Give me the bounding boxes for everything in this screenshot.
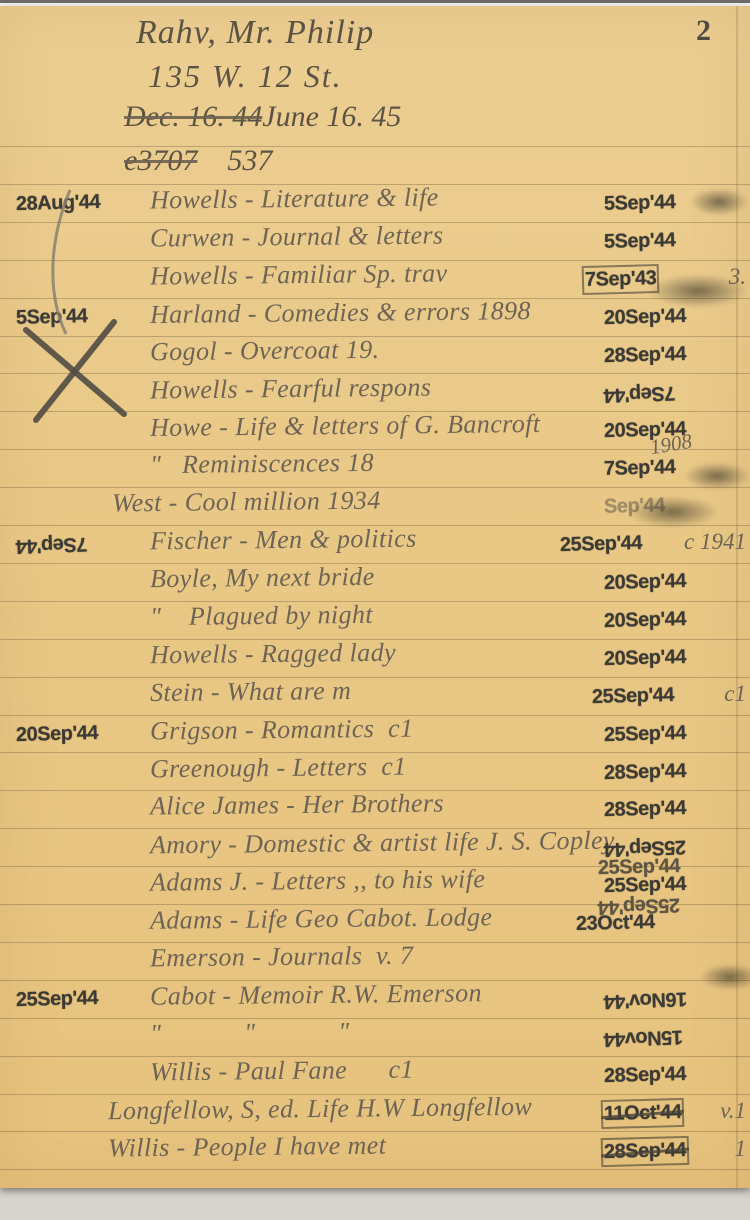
ruled-line <box>0 639 750 640</box>
return-date-stamp: 20Sep'44 <box>604 646 687 671</box>
entry-tail: c 1941 <box>684 529 746 555</box>
entry-tail: v.1 <box>720 1098 746 1124</box>
return-date-stamp: 28Sep'44 <box>604 343 687 368</box>
ruled-line <box>0 184 750 185</box>
ruled-line <box>0 449 750 450</box>
return-date-stamp: 28Sep'44 <box>604 759 687 784</box>
ruled-line <box>0 487 750 488</box>
ruled-line <box>0 904 750 905</box>
ruled-line <box>0 411 750 412</box>
return-date-stamp: 7Sep'44 <box>604 380 676 405</box>
return-date-stamp: 7Sep'43 <box>585 267 657 292</box>
return-date-stamp: 7Sep'44 <box>604 456 676 481</box>
entry-title: Gogol - Overcoat 19. <box>150 334 380 366</box>
ruled-line <box>0 1056 750 1057</box>
entry-title: Cabot - Memoir R.W. Emerson <box>150 978 482 1011</box>
ink-smudge <box>628 496 718 528</box>
return-date-stamp: 25Sep'44 <box>560 532 643 557</box>
left-date-stamp: 7Sep'44 <box>16 532 88 557</box>
ink-smudge <box>648 274 748 308</box>
entry-title: Greenough - Letters c1 <box>150 751 407 784</box>
entry-title: Adams - Life Geo Cabot. Lodge <box>150 902 493 936</box>
ruled-line <box>0 866 750 867</box>
return-date-stamp: 25Sep'44 <box>604 722 687 747</box>
card-numbers: e3707537 <box>124 144 272 178</box>
ruled-line <box>0 146 750 147</box>
entry-title: Harland - Comedies & errors 1898 <box>150 296 531 330</box>
entry-title: Emerson - Journals v. 7 <box>150 941 414 974</box>
old-card-number-struck: e3707 <box>124 144 197 177</box>
entry-title: Howells - Literature & life <box>150 182 439 215</box>
ruled-line <box>0 336 750 337</box>
return-date-stamp: 11Oct'44 <box>604 1101 682 1126</box>
return-date-stamp: 28Sep'44 <box>604 1063 687 1088</box>
ink-smudge <box>684 462 750 490</box>
left-date-stamp: 25Sep'44 <box>16 987 99 1012</box>
ruled-line <box>0 373 750 374</box>
entry-tail: c1 <box>724 681 746 707</box>
entry-title: Boyle, My next bride <box>150 562 375 594</box>
ruled-line <box>0 828 750 829</box>
registration-dates: Dec. 16. 44June 16. 45 <box>124 100 401 134</box>
entry-tail: 1 <box>735 1136 747 1162</box>
ruled-line <box>0 1131 750 1132</box>
return-date-stamp: 16Nov'44 <box>604 986 688 1012</box>
entry-title: " " " <box>150 1017 350 1049</box>
ruled-line <box>0 298 750 299</box>
entry-title: Fischer - Men & politics <box>150 524 417 557</box>
new-card-number: 537 <box>227 144 272 177</box>
return-date-stamp: 23Oct'44 <box>576 911 655 936</box>
entry-title: Willis - Paul Fane c1 <box>150 1054 414 1087</box>
ruled-line <box>0 1169 750 1170</box>
ruled-line <box>0 752 750 753</box>
return-date-stamp: 20Sep'44 <box>604 305 687 330</box>
entry-title: Howe - Life & letters of G. Bancroft <box>150 409 541 443</box>
return-date-stamp: 15Nov44 <box>604 1024 684 1050</box>
ruled-line <box>0 1018 750 1019</box>
old-date-struck: Dec. 16. 44 <box>124 100 262 133</box>
ruled-line <box>0 260 750 261</box>
ruled-line <box>0 525 750 526</box>
entry-title: Stein - What are m <box>150 676 352 708</box>
return-date-stamp: 5Sep'44 <box>604 229 676 254</box>
return-date-stamp: 25Sep'44 <box>592 684 675 709</box>
entry-title: Alice James - Her Brothers <box>150 789 444 822</box>
ruled-line <box>0 601 750 602</box>
left-date-stamp: 5Sep'44 <box>16 305 88 330</box>
patron-address: 135 W. 12 St. <box>148 58 343 95</box>
entry-title: Amory - Domestic & artist life J. S. Cop… <box>150 826 615 861</box>
ruled-line <box>0 222 750 223</box>
scan-edge-shadow <box>0 0 750 3</box>
entry-title: Willis - People I have met <box>108 1130 387 1163</box>
page-number: 2 <box>696 14 711 48</box>
return-date-stamp: 28Sep'44 <box>604 797 687 822</box>
entry-title: Howells - Ragged lady <box>150 638 396 671</box>
return-date-stamp: 5Sep'44 <box>604 191 676 216</box>
entry-title: " Reminiscences 18 <box>150 448 374 480</box>
entry-title: Longfellow, S, ed. Life H.W Longfellow <box>108 1091 533 1125</box>
return-date-stamp: 28Sep'44 <box>604 1138 687 1163</box>
ink-smudge <box>690 188 748 216</box>
entry-title: Howells - Familiar Sp. trav <box>150 258 448 291</box>
new-date: June 16. 45 <box>262 100 401 133</box>
return-date-stamp: 20Sep'44 <box>604 570 687 595</box>
patron-name: Rahv, Mr. Philip <box>136 14 374 52</box>
ruled-line <box>0 715 750 716</box>
entry-title: Howells - Fearful respons <box>150 372 432 405</box>
entry-title: " Plagued by night <box>150 600 373 632</box>
ruled-line <box>0 790 750 791</box>
ruled-line <box>0 563 750 564</box>
ruled-line <box>0 980 750 981</box>
entry-title: Curwen - Journal & letters <box>150 220 444 253</box>
left-date-stamp: 20Sep'44 <box>16 722 99 747</box>
ruled-line <box>0 942 750 943</box>
entry-title: Grigson - Romantics c1 <box>150 713 414 746</box>
library-card: 2 Rahv, Mr. Philip 135 W. 12 St. Dec. 16… <box>0 6 750 1188</box>
ruled-line <box>0 1094 750 1095</box>
entry-title: Adams J. - Letters ,, to his wife <box>150 864 486 898</box>
entry-title: West - Cool million 1934 <box>112 486 381 519</box>
return-date-stamp: 20Sep'44 <box>604 608 687 633</box>
ruled-line <box>0 677 750 678</box>
left-date-stamp: 28Aug'44 <box>16 191 101 216</box>
scanned-library-card-page: { "page": { "number": "2" }, "header": {… <box>0 0 750 1220</box>
